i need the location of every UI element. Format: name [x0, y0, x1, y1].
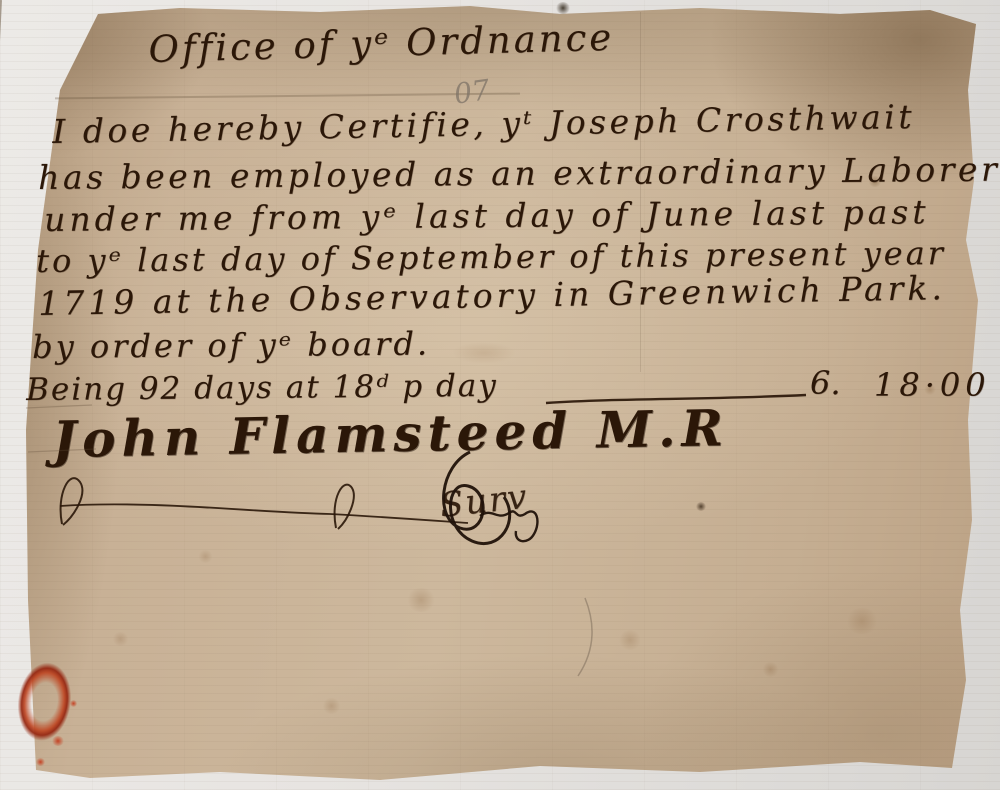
photo-of-document: Office of yᵉ Ordnance 07 I doe hereby Ce… [0, 0, 1000, 790]
pencil-margin-line [0, 0, 1, 448]
account-line-text: Being 92 days at 18ᵈ p day [26, 368, 498, 408]
amount-pounds: 6. [810, 364, 841, 402]
signature-john-flamsteed: John Flamsteed M.R [52, 398, 729, 469]
edge-nick [556, 2, 570, 14]
amount-shillings-pence: 18·00 [874, 366, 991, 404]
body-line-3: under me from yᵉ last day of June last p… [44, 192, 930, 239]
body-line-6: by order of yᵉ board. [32, 325, 430, 366]
